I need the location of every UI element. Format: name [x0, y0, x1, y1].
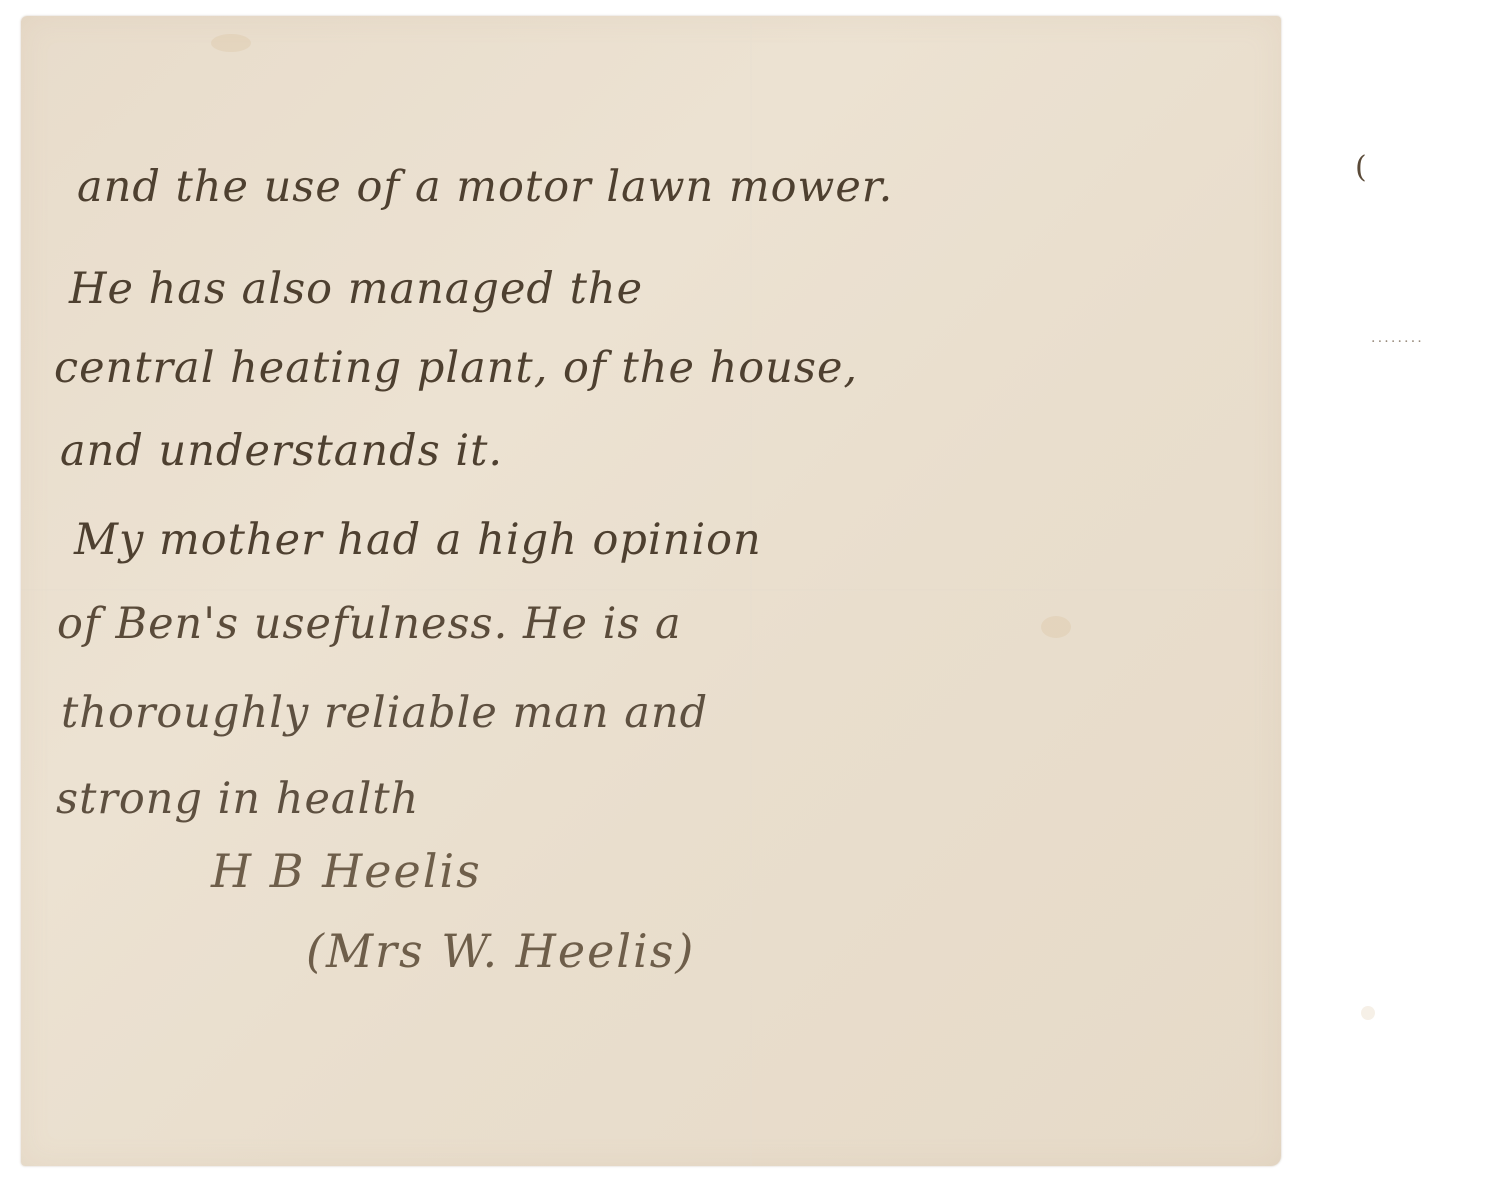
letter-line: thoroughly reliable man and [61, 688, 708, 738]
letter-line: and the use of a motor lawn mower. [77, 162, 893, 212]
signature-alias: (Mrs W. Heelis) [306, 924, 695, 978]
letter-line: central heating plant, of the house, [54, 343, 858, 393]
letter-line: My mother had a high opinion [74, 515, 762, 565]
letter-line: strong in health [56, 774, 419, 824]
letter-body: and the use of a motor lawn mower. He ha… [21, 16, 1281, 1166]
letter-line: He has also managed the [69, 264, 643, 314]
signature-name: H B Heelis [211, 844, 482, 898]
letter-sheet: ( ·⋅·⋅·⋅·⋅ and the use of a motor lawn m… [21, 16, 1281, 1166]
ink-mark: ( [1355, 150, 1367, 185]
foxing-stain [1361, 1006, 1375, 1020]
letter-line: of Ben's usefulness. He is a [57, 599, 682, 649]
ink-specks: ·⋅·⋅·⋅·⋅ [1371, 334, 1424, 350]
letter-line: and understands it. [60, 426, 503, 476]
